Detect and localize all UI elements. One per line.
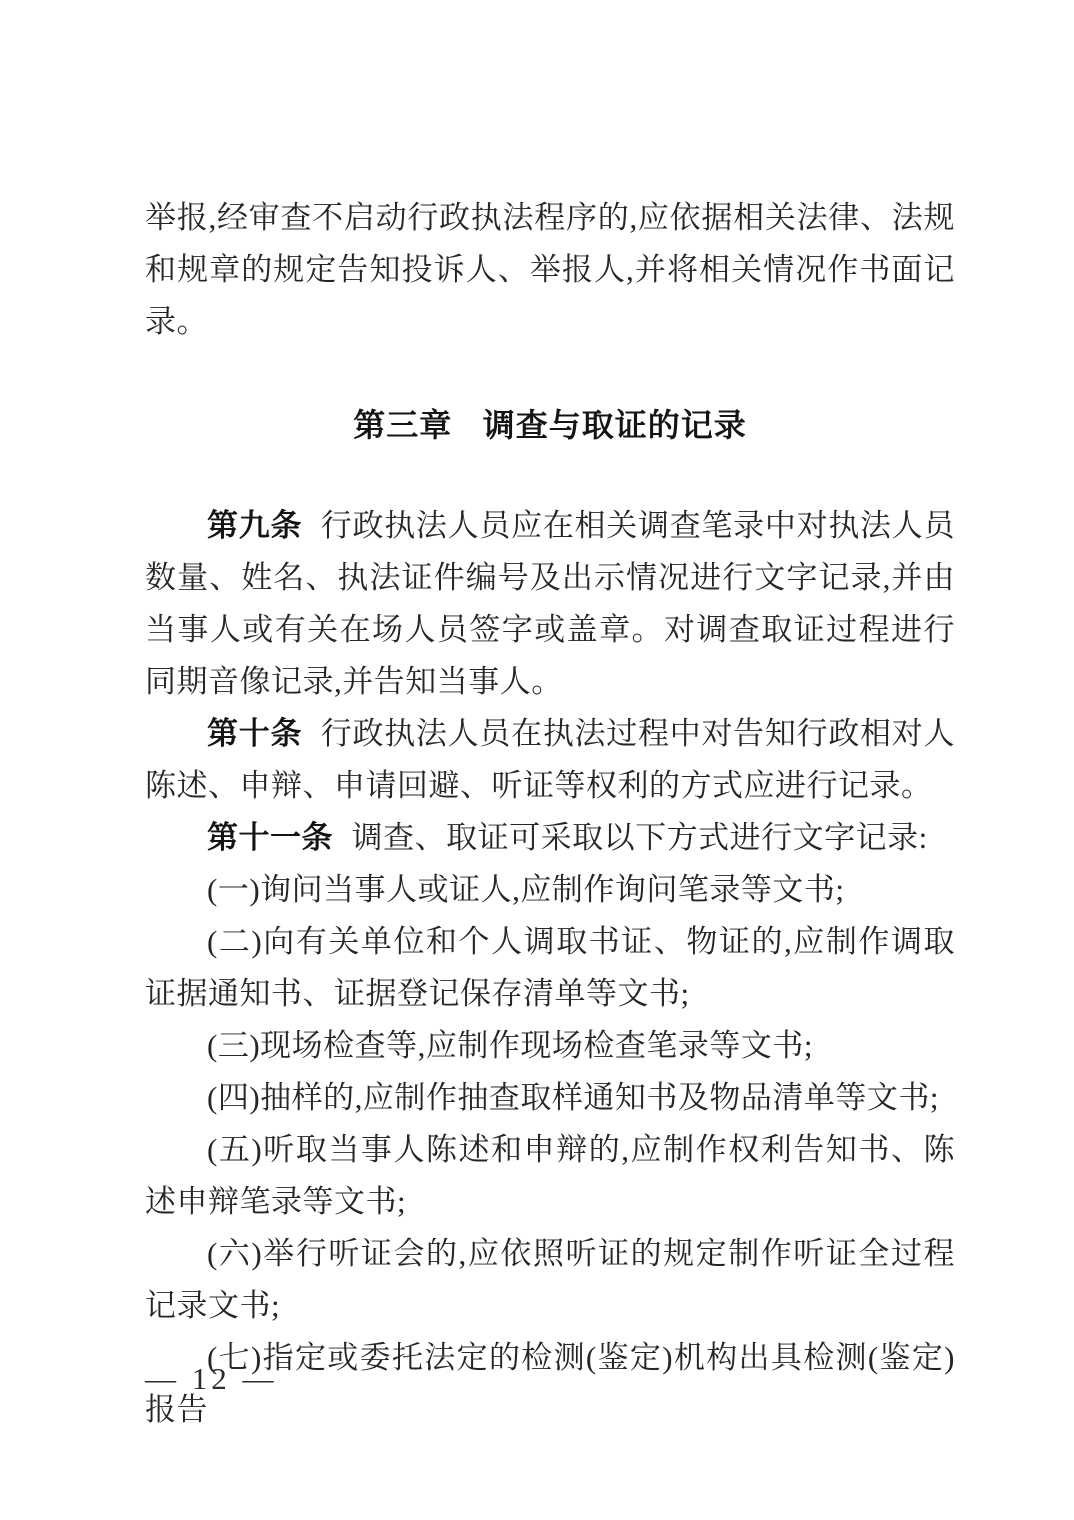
list-item-1: (一)询问当事人或证人,应制作询问笔录等文书; xyxy=(145,864,955,916)
article-10-label: 第十条 xyxy=(207,716,302,751)
continuation-paragraph: 举报,经审查不启动行政执法程序的,应依据相关法律、法规和规章的规定告知投诉人、举… xyxy=(145,192,955,348)
chapter-heading: 第三章调查与取证的记录 xyxy=(145,399,955,451)
article-11-paragraph: 第十一条调查、取证可采取以下方式进行文字记录: xyxy=(145,812,955,864)
chapter-number: 第三章 xyxy=(353,407,452,443)
article-11-text: 调查、取证可采取以下方式进行文字记录: xyxy=(352,820,928,855)
list-item-6: (六)举行听证会的,应依照听证的规定制作听证全过程记录文书; xyxy=(145,1228,955,1332)
list-item-5: (五)听取当事人陈述和申辩的,应制作权利告知书、陈述申辩笔录等文书; xyxy=(145,1124,955,1228)
document-page: 举报,经审查不启动行政执法程序的,应依据相关法律、法规和规章的规定告知投诉人、举… xyxy=(0,0,1074,1520)
list-item-3: (三)现场检查等,应制作现场检查笔录等文书; xyxy=(145,1020,955,1072)
article-10-paragraph: 第十条行政执法人员在执法过程中对告知行政相对人陈述、申辩、申请回避、听证等权利的… xyxy=(145,708,955,812)
chapter-title: 调查与取证的记录 xyxy=(483,407,747,443)
text-column: 举报,经审查不启动行政执法程序的,应依据相关法律、法规和规章的规定告知投诉人、举… xyxy=(145,192,955,1436)
article-9-paragraph: 第九条行政执法人员应在相关调查笔录中对执法人员数量、姓名、执法证件编号及出示情况… xyxy=(145,500,955,708)
article-11-label: 第十一条 xyxy=(207,820,333,855)
list-item-2: (二)向有关单位和个人调取书证、物证的,应制作调取证据通知书、证据登记保存清单等… xyxy=(145,916,955,1020)
list-item-4: (四)抽样的,应制作抽查取样通知书及物品清单等文书; xyxy=(145,1072,955,1124)
page-number: — 12 — xyxy=(145,1353,278,1405)
article-9-label: 第九条 xyxy=(207,508,302,543)
